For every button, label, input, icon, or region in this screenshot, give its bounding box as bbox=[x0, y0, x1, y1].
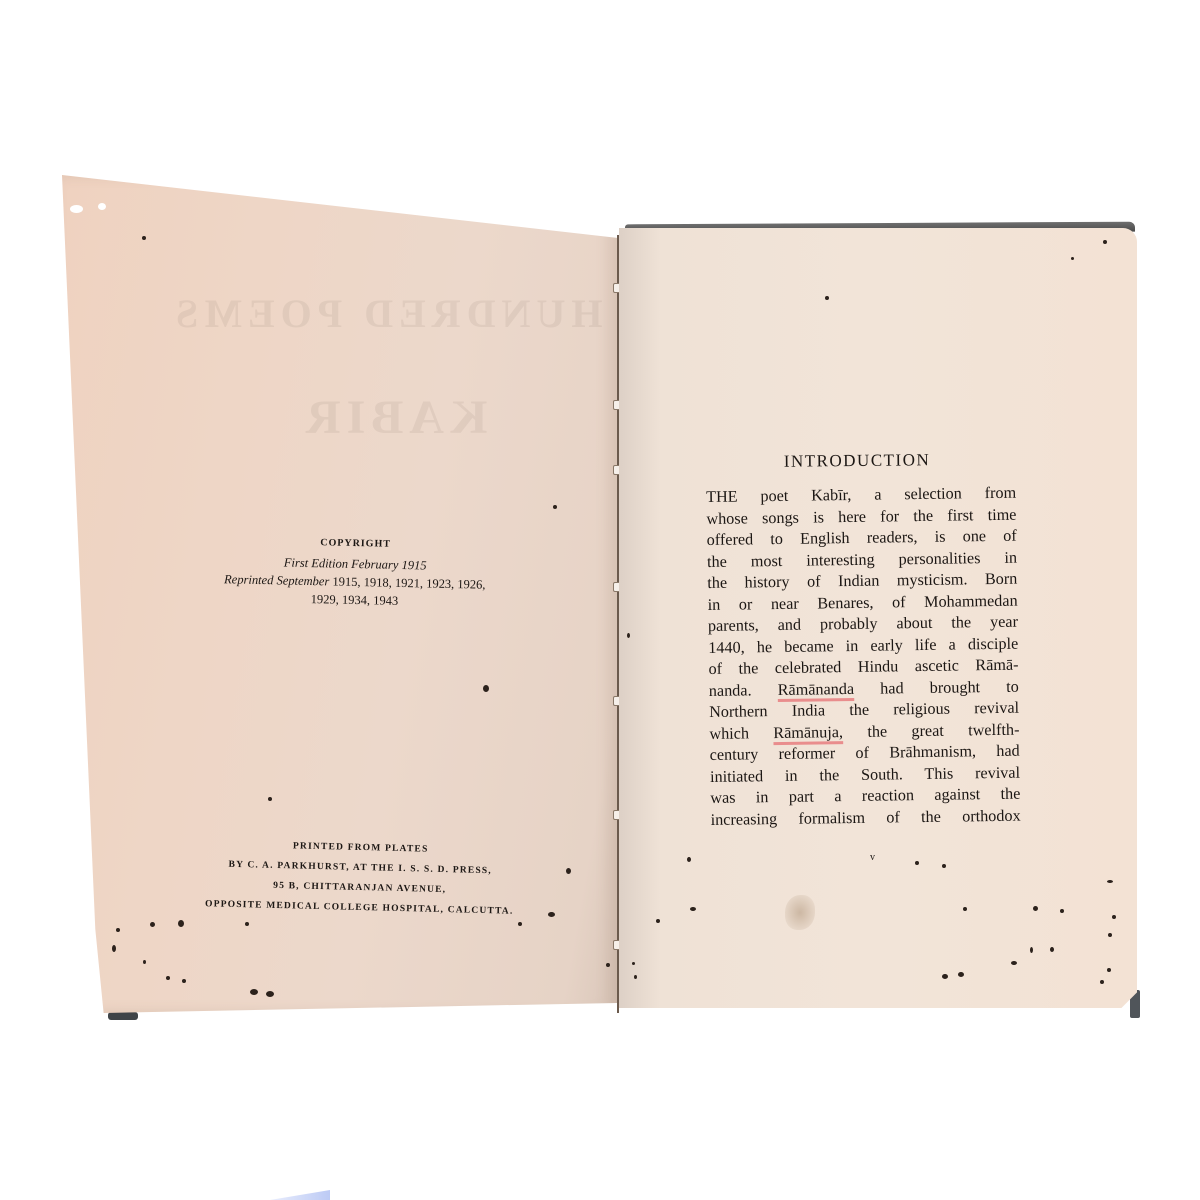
worm-hole bbox=[606, 963, 610, 967]
show-through-title: HUNDRED POEMS bbox=[170, 290, 602, 337]
worm-hole bbox=[1011, 961, 1017, 965]
highlighted-word-ramananda: Rāmānanda bbox=[778, 679, 855, 698]
show-through-author: KABIR bbox=[300, 390, 487, 445]
worm-hole bbox=[627, 633, 630, 638]
open-book-photo: HUNDRED POEMS KABIR COPYRIGHT First Edit… bbox=[0, 0, 1200, 1200]
worm-hole bbox=[942, 974, 948, 979]
worm-hole bbox=[166, 976, 170, 980]
worm-hole bbox=[687, 857, 691, 862]
worm-hole bbox=[178, 920, 184, 927]
copyright-block: COPYRIGHT First Edition February 1915 Re… bbox=[169, 534, 540, 613]
worm-hole bbox=[1100, 980, 1104, 984]
reprinted-label: Reprinted September bbox=[224, 572, 329, 588]
worm-hole bbox=[1112, 915, 1116, 919]
worm-hole bbox=[1050, 947, 1054, 952]
text-fragment: had brought to bbox=[854, 677, 1019, 697]
worm-hole bbox=[634, 975, 637, 979]
worm-hole bbox=[182, 979, 186, 983]
worm-hole bbox=[250, 989, 258, 995]
worm-hole bbox=[150, 922, 155, 927]
worm-hole bbox=[1107, 880, 1113, 883]
introduction-heading: INTRODUCTION bbox=[742, 450, 972, 472]
worm-hole bbox=[1108, 933, 1112, 937]
worm-hole bbox=[942, 864, 946, 868]
worm-hole bbox=[112, 945, 116, 952]
worm-hole bbox=[1030, 947, 1033, 953]
worm-hole bbox=[690, 907, 696, 911]
highlighted-word-ramanuja: Rāmānuja, bbox=[773, 723, 843, 742]
text-fragment: the great twelfth- bbox=[843, 720, 1020, 740]
worm-hole bbox=[116, 928, 120, 932]
paper-stain bbox=[785, 895, 815, 930]
worm-hole bbox=[566, 868, 571, 874]
worm-hole bbox=[825, 296, 829, 300]
worm-hole bbox=[958, 972, 964, 977]
worm-hole bbox=[1060, 909, 1064, 913]
worm-hole bbox=[963, 907, 967, 911]
worm-hole bbox=[1103, 240, 1107, 244]
worm-hole bbox=[1033, 906, 1038, 911]
worm-hole bbox=[245, 922, 249, 926]
book-cover-edge-bottom bbox=[108, 1012, 138, 1020]
worm-hole bbox=[632, 962, 635, 965]
worm-hole bbox=[656, 919, 660, 923]
worm-hole bbox=[915, 861, 919, 865]
reprinted-years-1: 1915, 1918, 1921, 1923, 1926, bbox=[332, 575, 485, 592]
worm-hole bbox=[142, 236, 146, 240]
worm-hole bbox=[483, 685, 489, 692]
text-fragment: which bbox=[709, 724, 773, 743]
worm-hole bbox=[266, 991, 274, 997]
worm-hole bbox=[268, 797, 272, 801]
page-hole bbox=[70, 205, 83, 213]
worm-hole bbox=[548, 912, 555, 917]
background-object bbox=[270, 1190, 330, 1200]
worm-hole bbox=[1107, 968, 1111, 972]
worm-hole bbox=[143, 960, 146, 964]
page-number: v bbox=[870, 852, 875, 863]
printer-imprint: PRINTED FROM PLATES BY C. A. PARKHURST, … bbox=[194, 834, 526, 922]
page-hole bbox=[98, 203, 106, 210]
text-line: increasing formalism of the orthodox bbox=[711, 805, 1021, 831]
book-spine bbox=[617, 235, 619, 1013]
worm-hole bbox=[518, 922, 522, 926]
introduction-text: THE poet Kabīr, a selection from whose s… bbox=[706, 483, 1021, 831]
text-fragment: nanda. bbox=[709, 681, 778, 700]
worm-hole bbox=[1071, 257, 1074, 260]
worm-hole bbox=[553, 505, 557, 509]
